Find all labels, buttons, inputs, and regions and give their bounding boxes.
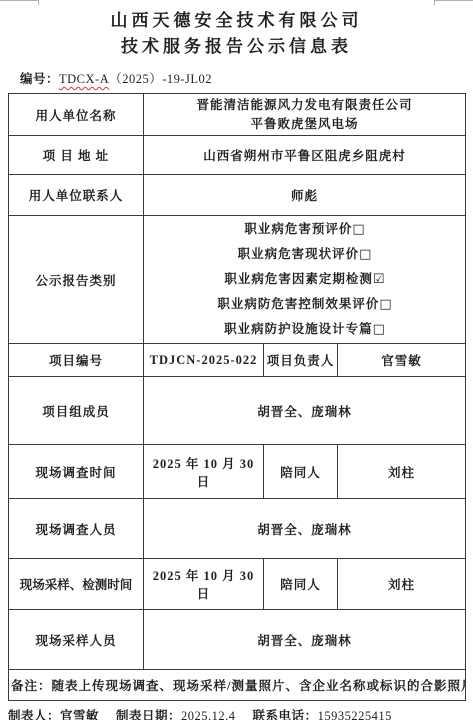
table-row: 项 目 地 址 山西省朔州市平鲁区阻虎乡阻虎村	[9, 136, 466, 175]
remark-text: 随表上传现场调查、现场采样/测量照片、含企业名称或标识的合影照片	[52, 679, 466, 693]
remark-row: 备注：随表上传现场调查、现场采样/测量照片、含企业名称或标识的合影照片	[9, 670, 466, 701]
project-team-value: 胡晋全、庞瑞林	[144, 377, 466, 445]
project-address-value: 山西省朔州市平鲁区阻虎乡阻虎村	[144, 136, 466, 175]
prepare-date-field: 制表日期：2025.12.4	[116, 706, 236, 720]
sampling-time-label: 现场采样、检测时间	[9, 559, 144, 610]
employer-name-label: 用人单位名称	[9, 94, 144, 136]
sampling-escort-value: 刘柱	[338, 559, 466, 610]
project-lead-value: 官雪敏	[338, 344, 466, 377]
project-address-label: 项 目 地 址	[9, 136, 144, 175]
project-number-label: 项目编号	[9, 344, 144, 377]
survey-staff-value: 胡晋全、庞瑞林	[144, 499, 466, 559]
employer-contact-label: 用人单位联系人	[9, 175, 144, 216]
table-row: 备注：随表上传现场调查、现场采样/测量照片、含企业名称或标识的合影照片	[9, 670, 466, 701]
contact-phone-label: 联系电话：	[253, 709, 318, 720]
document-page: 山西天德安全技术有限公司 技术服务报告公示信息表 编号：TDCX-A（2025）…	[0, 0, 473, 720]
option-periodic-testing: 职业病危害因素定期检测☑	[146, 267, 463, 292]
serial-number-line: 编号：TDCX-A（2025）-19-JL02	[20, 69, 473, 87]
table-row: 现场调查人员 胡晋全、庞瑞林	[9, 499, 466, 559]
report-info-table: 用人单位名称 晋能清洁能源风力发电有限责任公司 平鲁败虎堡风电场 项 目 地 址…	[8, 93, 466, 701]
sampling-escort-label: 陪同人	[264, 559, 338, 610]
table-row: 现场采样、检测时间 2025 年 10 月 30 日 陪同人 刘柱	[9, 559, 466, 610]
crop-mark-top-right	[435, 0, 473, 1]
option-status-evaluation: 职业病危害现状评价□	[146, 242, 463, 267]
serial-code-underlined: TDCX-A	[59, 72, 109, 86]
employer-name-line1: 晋能清洁能源风力发电有限责任公司	[146, 96, 463, 115]
table-row: 现场采样人员 胡晋全、庞瑞林	[9, 610, 466, 670]
serial-code-rest: （2025）-19-JL02	[109, 72, 212, 86]
document-title: 技术服务报告公示信息表	[0, 34, 473, 60]
crop-mark-top-right-tick	[434, 0, 435, 5]
report-category-options: 职业病危害预评价□ 职业病危害现状评价□ 职业病危害因素定期检测☑ 职业病防危害…	[144, 216, 466, 344]
checkbox-checked-icon[interactable]: ☑	[373, 272, 385, 287]
project-team-label: 项目组成员	[9, 377, 144, 445]
table-row: 用人单位名称 晋能清洁能源风力发电有限责任公司 平鲁败虎堡风电场	[9, 94, 466, 136]
table-row: 公示报告类别 职业病危害预评价□ 职业病危害现状评价□ 职业病危害因素定期检测☑…	[9, 216, 466, 344]
prepare-date-label: 制表日期：	[116, 709, 181, 720]
crop-mark-top-left-tick	[38, 0, 39, 5]
employer-contact-value: 师彪	[144, 175, 466, 216]
survey-time-label: 现场调查时间	[9, 445, 144, 499]
sampling-staff-label: 现场采样人员	[9, 610, 144, 670]
preparer-name: 官雪敏	[60, 709, 99, 720]
table-row: 项目组成员 胡晋全、庞瑞林	[9, 377, 466, 445]
project-lead-label: 项目负责人	[264, 344, 338, 377]
remark-label: 备注：	[11, 679, 52, 693]
report-category-label: 公示报告类别	[9, 216, 144, 344]
sampling-time-value: 2025 年 10 月 30 日	[144, 559, 264, 610]
footer-line: 制表人：官雪敏 制表日期：2025.12.4 联系电话：15935225415	[8, 706, 473, 720]
survey-escort-label: 陪同人	[264, 445, 338, 499]
employer-name-line2: 平鲁败虎堡风电场	[146, 115, 463, 134]
table-row: 项目编号 TDJCN-2025-022 项目负责人 官雪敏	[9, 344, 466, 377]
preparer-field: 制表人：官雪敏	[8, 706, 99, 720]
checkbox-unchecked-icon[interactable]: □	[379, 297, 391, 312]
survey-escort-value: 刘柱	[338, 445, 466, 499]
checkbox-unchecked-icon[interactable]: □	[359, 247, 371, 262]
serial-label: 编号：	[20, 72, 59, 86]
option-control-effect-evaluation: 职业病防危害控制效果评价□	[146, 292, 463, 317]
preparer-label: 制表人：	[8, 709, 60, 720]
option-protection-facility-design: 职业病防护设施设计专篇□	[146, 317, 463, 342]
contact-phone-field: 联系电话：15935225415	[253, 706, 392, 720]
table-row: 现场调查时间 2025 年 10 月 30 日 陪同人 刘柱	[9, 445, 466, 499]
contact-phone-value: 15935225415	[318, 709, 392, 720]
sampling-staff-value: 胡晋全、庞瑞林	[144, 610, 466, 670]
table-row: 用人单位联系人 师彪	[9, 175, 466, 216]
crop-mark-top-left	[0, 0, 38, 1]
checkbox-unchecked-icon[interactable]: □	[373, 322, 385, 337]
survey-staff-label: 现场调查人员	[9, 499, 144, 559]
company-title: 山西天德安全技术有限公司	[0, 0, 473, 34]
prepare-date-value: 2025.12.4	[181, 709, 236, 720]
survey-time-value: 2025 年 10 月 30 日	[144, 445, 264, 499]
option-pre-evaluation: 职业病危害预评价□	[146, 217, 463, 242]
checkbox-unchecked-icon[interactable]: □	[352, 222, 364, 237]
employer-name-value: 晋能清洁能源风力发电有限责任公司 平鲁败虎堡风电场	[144, 94, 466, 136]
project-number-value: TDJCN-2025-022	[144, 344, 264, 377]
